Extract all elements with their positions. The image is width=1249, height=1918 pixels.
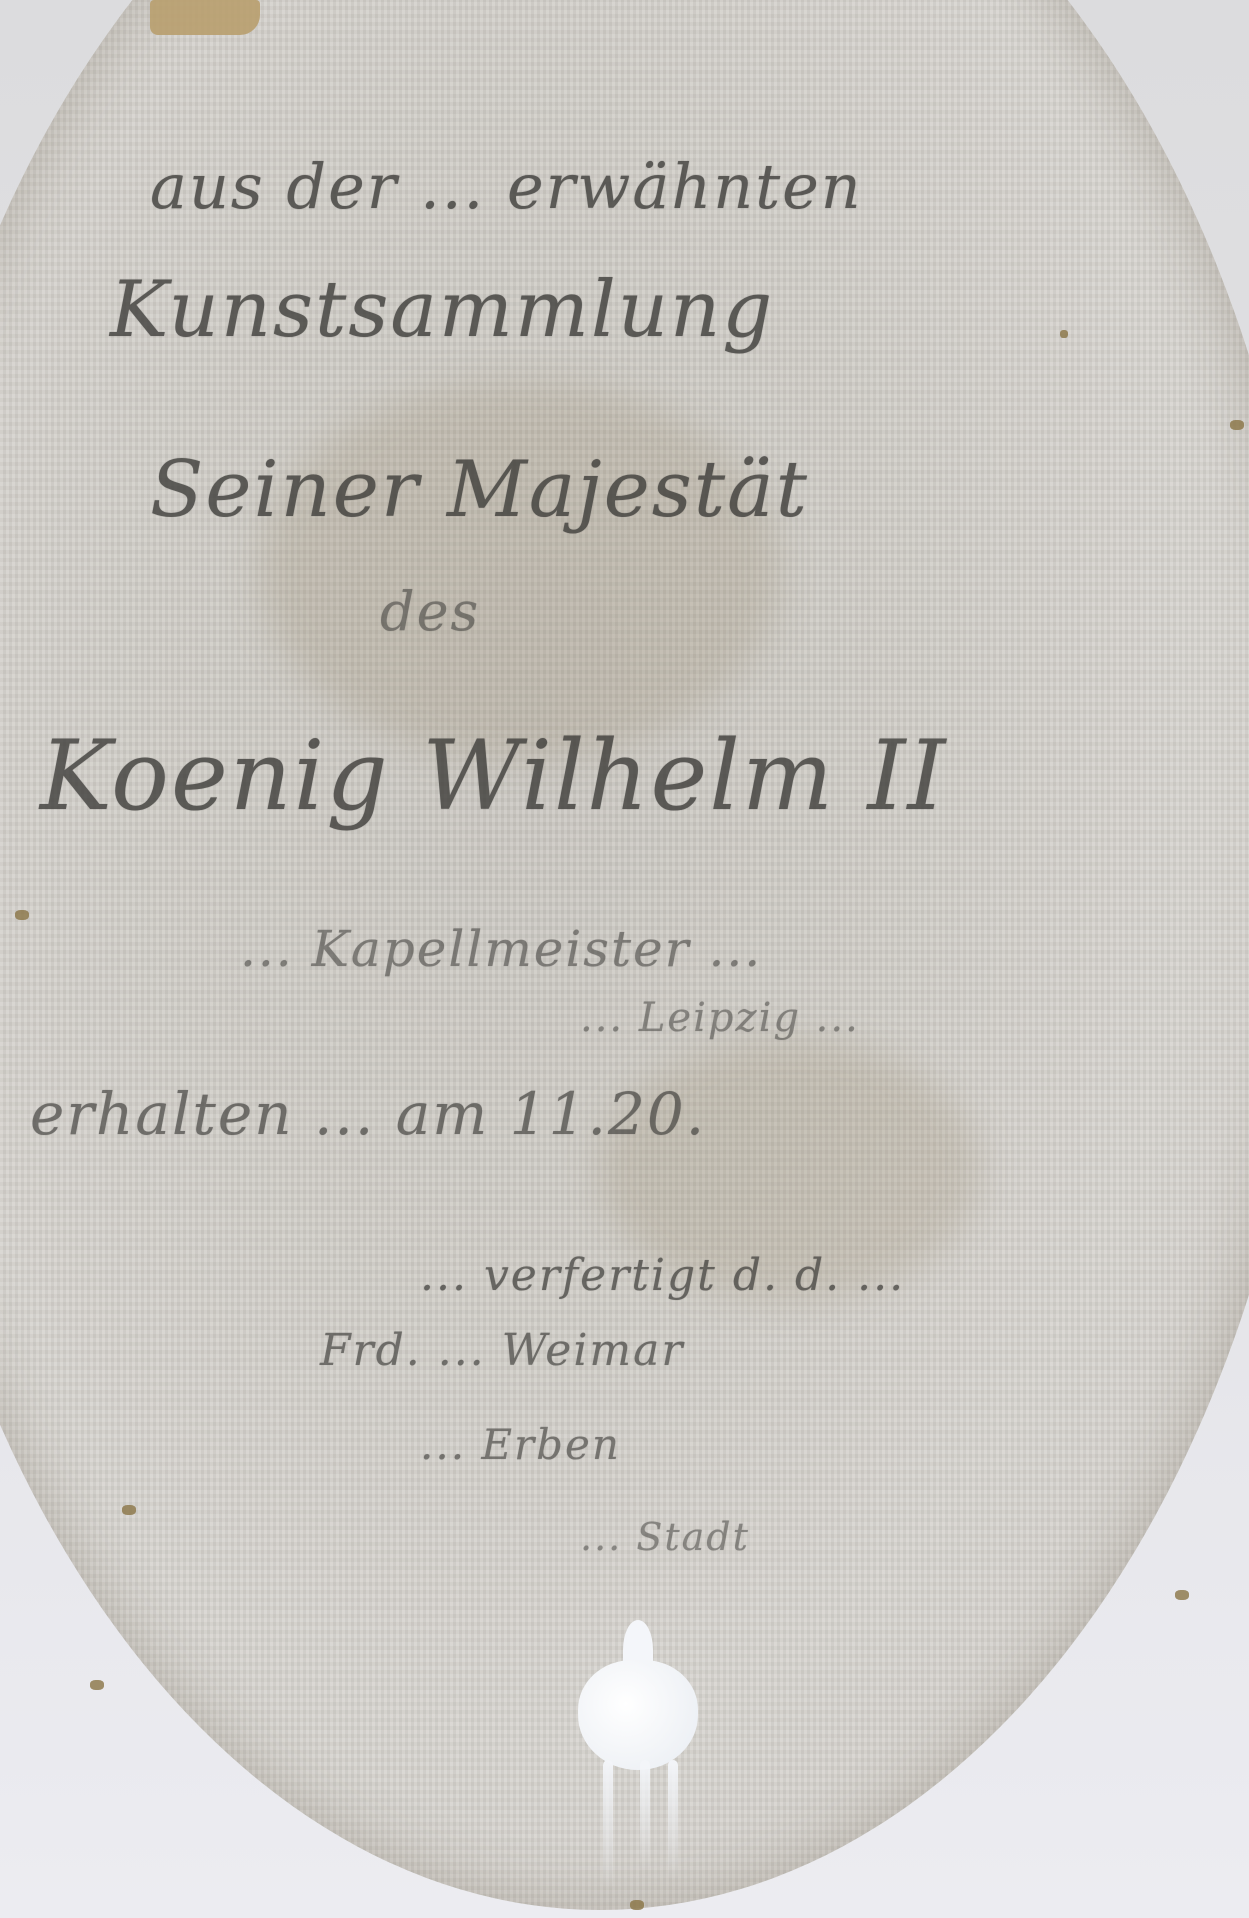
inscription-line-2: Kunstsammlung [110,265,774,355]
inscription-line-10: Frd. ... Weimar [320,1325,684,1376]
foxing-spot [90,1680,104,1690]
foxing-spot [1060,330,1068,338]
wax-streak [603,1760,613,1890]
wax-streak [668,1760,678,1880]
inscription-line-1: aus der ... erwähnten [150,150,863,223]
wax-seal-drip [578,1620,698,1780]
wax-streak [640,1760,650,1870]
foxing-spot [1230,420,1244,430]
foxing-spot [630,1900,644,1910]
wax-blob [578,1660,698,1770]
inscription-line-9: ... verfertigt d. d. ... [420,1250,905,1301]
inscription-line-6: ... Kapellmeister ... [240,920,762,978]
foxing-spot [15,910,29,920]
inscription-line-4: des [380,580,480,643]
foxing-spot [1175,1590,1189,1600]
inscription-line-8: erhalten ... am 11.20. [30,1080,706,1148]
inscription-line-12: ... Stadt [580,1515,750,1559]
inscription-line-5: Koenig Wilhelm II [40,720,947,832]
inscription-line-3: Seiner Majestät [150,445,809,535]
inscription-line-7: ... Leipzig ... [580,995,860,1041]
foxing-spot [122,1505,136,1515]
photo-stage: aus der ... erwähnten Kunstsammlung Sein… [0,0,1249,1918]
inscription-line-11: ... Erben [420,1420,621,1469]
